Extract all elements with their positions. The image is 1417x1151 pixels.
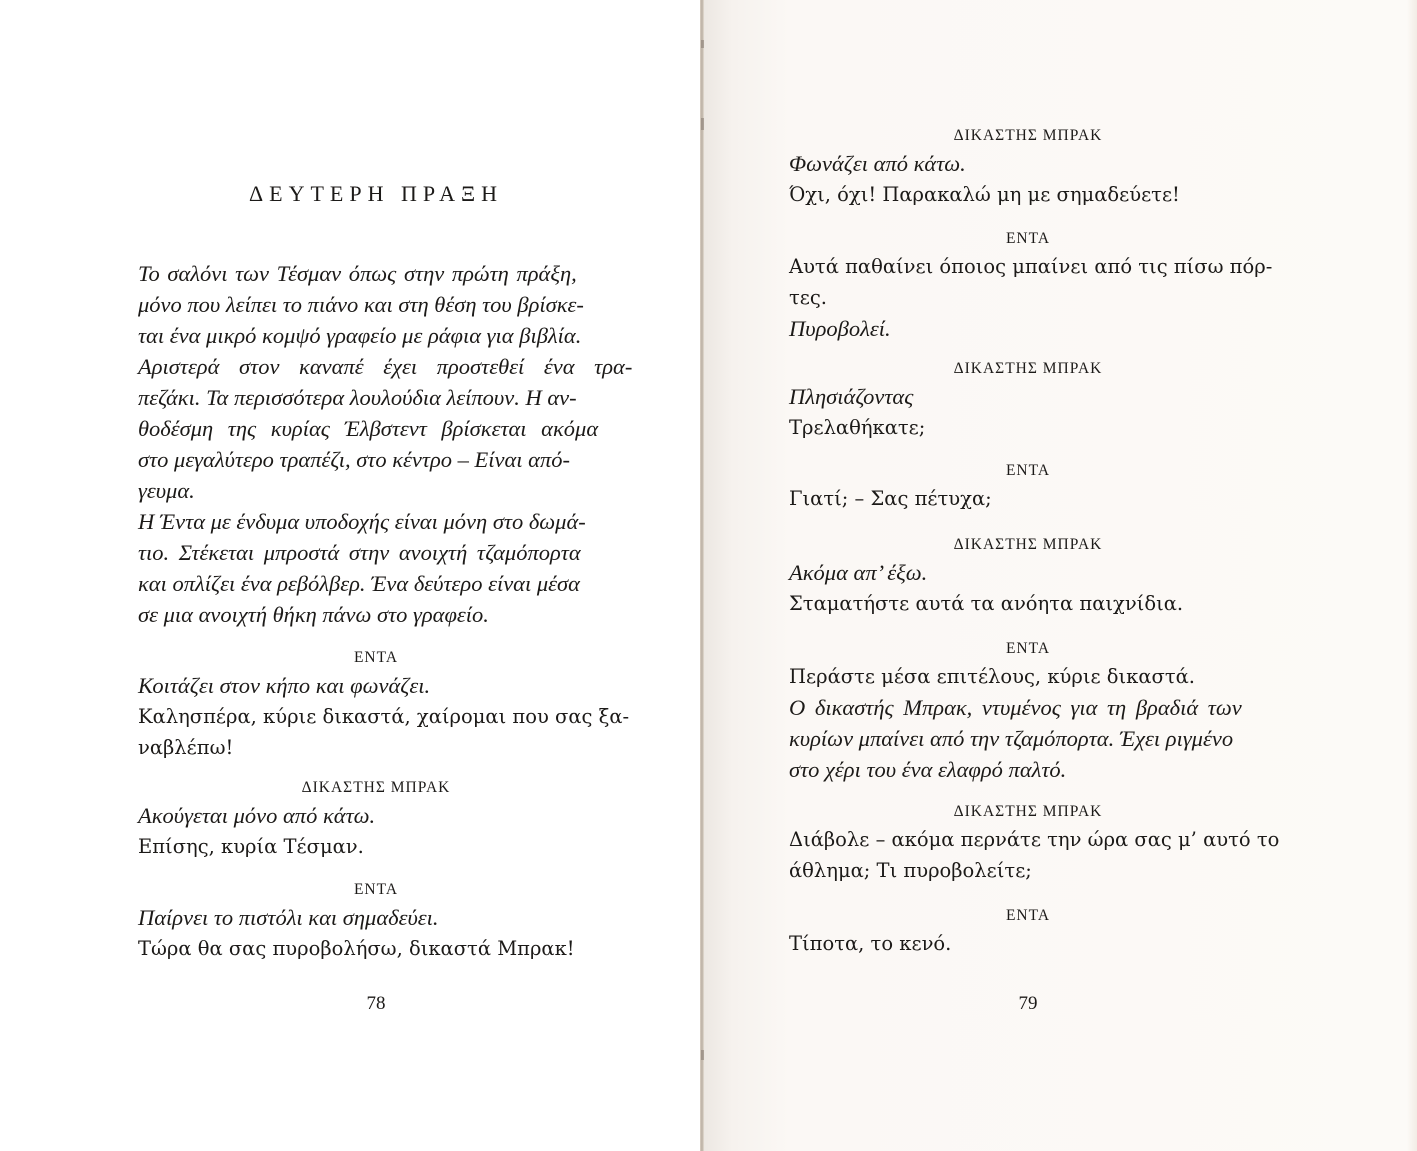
dialogue-block: Αυτά παθαίνει όποιος μπαίνει από τις πίσ… bbox=[789, 251, 1267, 344]
stage-line: γευμα. bbox=[138, 475, 614, 506]
dialogue-block: Περάστε μέσα επιτέλους, κύριε δικαστά. Ο… bbox=[789, 661, 1267, 785]
dialogue-line: Γιατί; – Σας πέτυχα; bbox=[789, 483, 1267, 514]
dialogue-line: Διάβολε – ακόμα περνάτε την ώρα σας μ’ α… bbox=[789, 824, 1267, 855]
dialogue-line: τες. bbox=[789, 282, 1267, 313]
page-number: 79 bbox=[789, 988, 1267, 1019]
dialogue-line: Αυτά παθαίνει όποιος μπαίνει από τις πίσ… bbox=[789, 251, 1267, 282]
dialogue-line: ναβλέπω! bbox=[138, 732, 614, 763]
stage-line: σε μια ανοιχτή θήκη πάνω στο γραφείο. bbox=[138, 599, 614, 630]
speaker-name: ΔΙΚΑΣΤΗΣ ΜΠΡΑΚ bbox=[789, 802, 1267, 822]
dialogue-block: Ακόμα απ’ έξω. Σταματήστε αυτά τα ανόητα… bbox=[789, 557, 1267, 619]
speaker-name: ΕΝΤΑ bbox=[138, 648, 614, 668]
stage-line: Το σαλόνι των Τέσμαν όπως στην πρώτη πρά… bbox=[138, 258, 614, 289]
dialogue-line: άθλημα; Τι πυροβολείτε; bbox=[789, 855, 1267, 886]
speaker-name: ΕΝΤΑ bbox=[789, 906, 1267, 926]
stage-direction: Πυροβολεί. bbox=[789, 313, 1267, 344]
speaker-name: ΔΙΚΑΣΤΗΣ ΜΠΡΑΚ bbox=[789, 359, 1267, 379]
dialogue-block: Φωνάζει από κάτω. Όχι, όχι! Παρακαλώ μη … bbox=[789, 148, 1267, 210]
stage-line: θοδέσμη της κυρίας Έλβστεντ βρίσκεται ακ… bbox=[138, 413, 614, 444]
page-edge bbox=[1407, 0, 1417, 1151]
stage-direction: Ο δικαστής Μπρακ, ντυμένος για τη βραδιά… bbox=[789, 692, 1267, 723]
dialogue-line: Επίσης, κυρία Τέσμαν. bbox=[138, 831, 614, 862]
opening-stage-direction: Το σαλόνι των Τέσμαν όπως στην πρώτη πρά… bbox=[138, 258, 614, 630]
dialogue-line: Τρελαθήκατε; bbox=[789, 412, 1267, 443]
act-title: ΔΕΥΤΕΡΗ ΠΡΑΞΗ bbox=[138, 181, 614, 207]
stage-line: και οπλίζει ένα ρεβόλβερ. Ένα δεύτερο εί… bbox=[138, 568, 614, 599]
stage-direction: Φωνάζει από κάτω. bbox=[789, 148, 1267, 179]
dialogue-line: Καλησπέρα, κύριε δικαστά, χαίρομαι που σ… bbox=[138, 701, 614, 732]
dialogue-line: Τώρα θα σας πυροβολήσω, δικαστά Μπρακ! bbox=[138, 933, 614, 964]
left-page: ΔΕΥΤΕΡΗ ΠΡΑΞΗ Το σαλόνι των Τέσμαν όπως … bbox=[0, 0, 702, 1151]
stage-direction: Ακόμα απ’ έξω. bbox=[789, 557, 1267, 588]
speaker-name: ΕΝΤΑ bbox=[138, 880, 614, 900]
stage-direction: στο χέρι του ένα ελαφρό παλτό. bbox=[789, 754, 1267, 785]
stage-line: Αριστερά στον καναπέ έχει προστεθεί ένα … bbox=[138, 351, 614, 382]
dialogue-line: Περάστε μέσα επιτέλους, κύριε δικαστά. bbox=[789, 661, 1267, 692]
stage-line: τιο. Στέκεται μπροστά στην ανοιχτή τζαμό… bbox=[138, 537, 614, 568]
stage-direction: Πλησιάζοντας bbox=[789, 381, 1267, 412]
dialogue-block: Πλησιάζοντας Τρελαθήκατε; bbox=[789, 381, 1267, 443]
dialogue-block: Ακούγεται μόνο από κάτω. Επίσης, κυρία Τ… bbox=[138, 800, 614, 862]
stage-line: πεζάκι. Τα περισσότερα λουλούδια λείπουν… bbox=[138, 382, 614, 413]
stage-direction: Παίρνει το πιστόλι και σημαδεύει. bbox=[138, 902, 614, 933]
stage-line: μόνο που λείπει το πιάνο και στη θέση το… bbox=[138, 289, 614, 320]
stage-direction: Ακούγεται μόνο από κάτω. bbox=[138, 800, 614, 831]
stage-line: ται ένα μικρό κομψό γραφείο με ράφια για… bbox=[138, 320, 614, 351]
stage-line: στο μεγαλύτερο τραπέζι, στο κέντρο – Είν… bbox=[138, 444, 614, 475]
speaker-name: ΔΙΚΑΣΤΗΣ ΜΠΡΑΚ bbox=[789, 126, 1267, 146]
dialogue-block: Τίποτα, το κενό. bbox=[789, 928, 1267, 959]
dialogue-block: Γιατί; – Σας πέτυχα; bbox=[789, 483, 1267, 514]
dialogue-block: Διάβολε – ακόμα περνάτε την ώρα σας μ’ α… bbox=[789, 824, 1267, 886]
stage-line: Η Έντα με ένδυμα υποδοχής είναι μόνη στο… bbox=[138, 506, 614, 537]
speaker-name: ΕΝΤΑ bbox=[789, 461, 1267, 481]
stage-direction: Κοιτάζει στον κήπο και φωνάζει. bbox=[138, 670, 614, 701]
dialogue-line: Σταματήστε αυτά τα ανόητα παιχνίδια. bbox=[789, 588, 1267, 619]
book-spread: ΔΕΥΤΕΡΗ ΠΡΑΞΗ Το σαλόνι των Τέσμαν όπως … bbox=[0, 0, 1417, 1151]
page-number: 78 bbox=[138, 988, 614, 1019]
speaker-name: ΔΙΚΑΣΤΗΣ ΜΠΡΑΚ bbox=[789, 535, 1267, 555]
dialogue-line: Τίποτα, το κενό. bbox=[789, 928, 1267, 959]
dialogue-line: Όχι, όχι! Παρακαλώ μη με σημαδεύετε! bbox=[789, 179, 1267, 210]
dialogue-block: Κοιτάζει στον κήπο και φωνάζει. Καλησπέρ… bbox=[138, 670, 614, 763]
speaker-name: ΕΝΤΑ bbox=[789, 229, 1267, 249]
right-page: ΔΙΚΑΣΤΗΣ ΜΠΡΑΚ Φωνάζει από κάτω. Όχι, όχ… bbox=[704, 0, 1417, 1151]
speaker-name: ΔΙΚΑΣΤΗΣ ΜΠΡΑΚ bbox=[138, 778, 614, 798]
speaker-name: ΕΝΤΑ bbox=[789, 639, 1267, 659]
dialogue-block: Παίρνει το πιστόλι και σημαδεύει. Τώρα θ… bbox=[138, 902, 614, 964]
stage-direction: κυρίων μπαίνει από την τζαμόπορτα. Έχει … bbox=[789, 723, 1267, 754]
